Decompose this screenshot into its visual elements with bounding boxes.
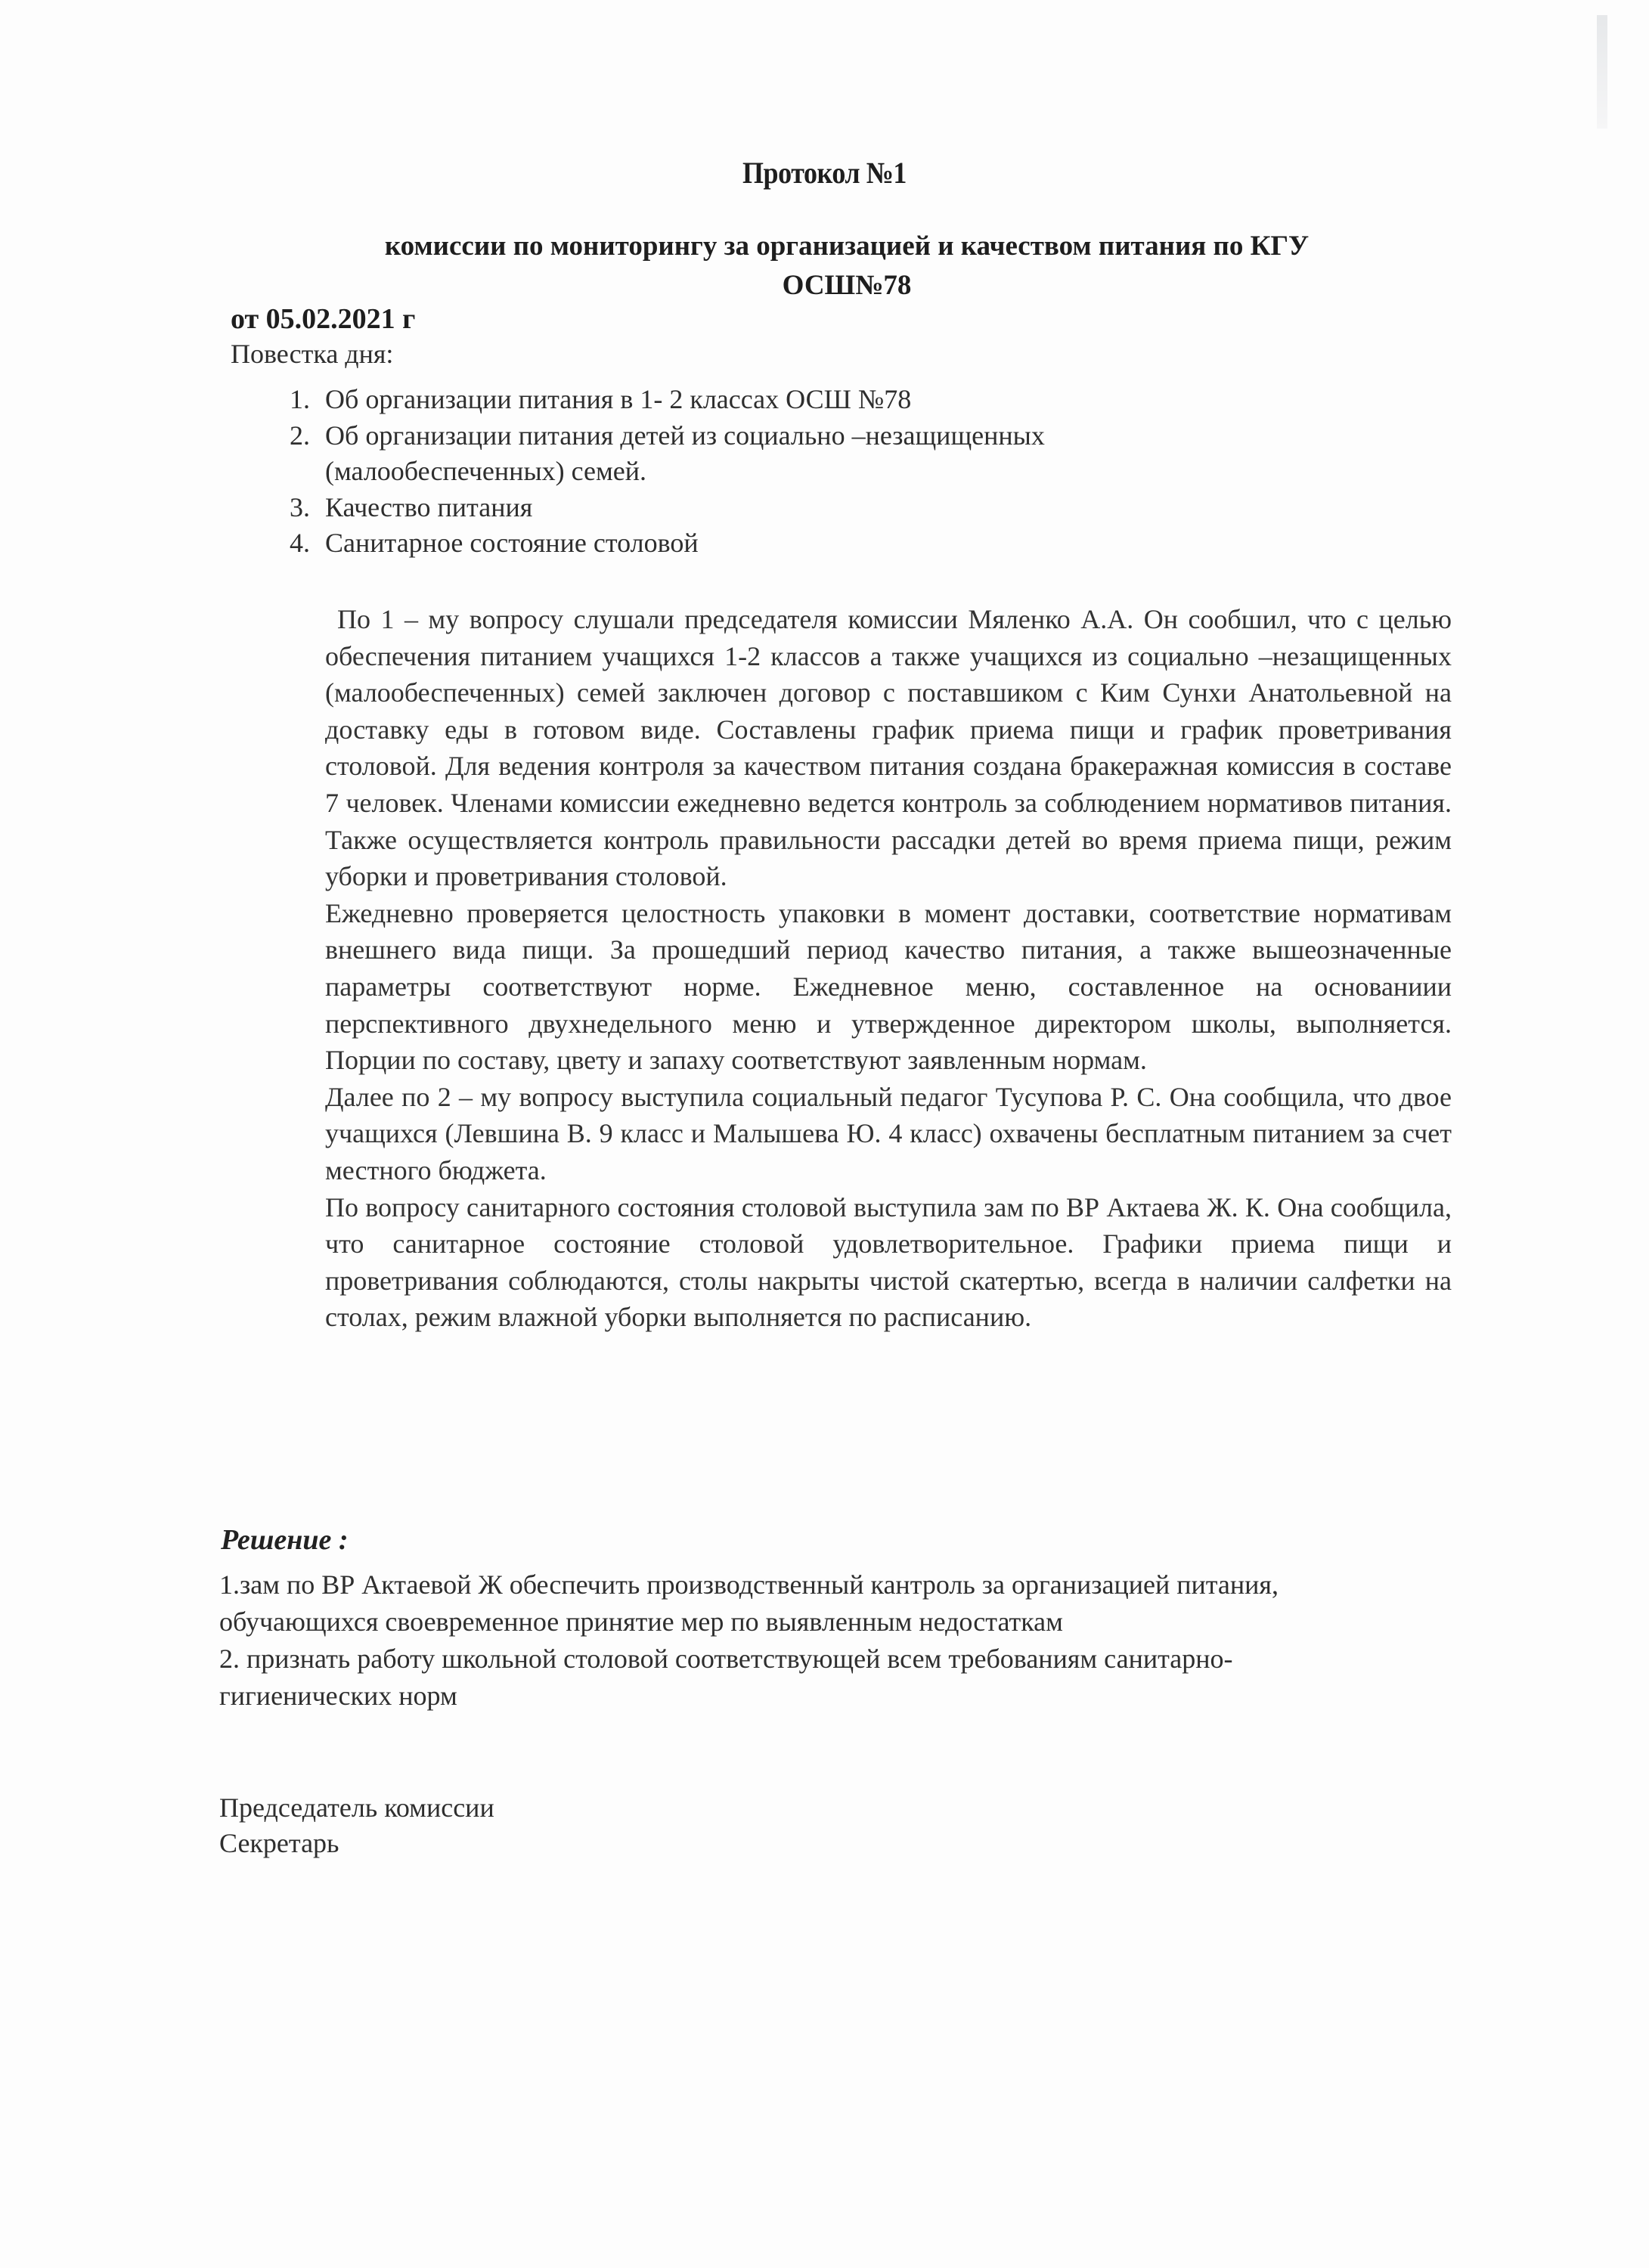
report-paragraph: По вопросу санитарного состояния столово… [325,1189,1452,1336]
decision-heading: Решение : [221,1523,348,1557]
signature-chair: Председатель комиссии [219,1792,494,1823]
agenda-item: 2. Об организации питания детей из социа… [257,418,1316,490]
document-subtitle: комиссии по мониторингу за организацией … [287,227,1406,305]
report-paragraph: По 1 – му вопросу слушали председателя к… [325,601,1452,895]
agenda-heading: Повестка дня: [231,338,393,370]
agenda-item: 1. Об организации питания в 1- 2 классах… [257,382,1316,418]
agenda-list: 1. Об организации питания в 1- 2 классах… [257,382,1316,562]
agenda-item-text: Об организации питания детей из социальн… [325,418,1081,490]
agenda-item-number: 3. [257,490,325,526]
agenda-item-number: 2. [257,418,325,490]
document-page: Протокол №1 комиссии по мониторингу за о… [0,0,1649,2268]
agenda-item: 3. Качество питания [257,490,1316,526]
signature-secretary: Секретарь [219,1827,339,1859]
scan-edge-artifact [1597,15,1607,129]
decision-list: 1.зам по ВР Актаевой Ж обеспечить произв… [219,1566,1429,1715]
decision-item: 1.зам по ВР Актаевой Ж обеспечить произв… [219,1566,1429,1641]
subtitle-line-2: ОСШ№78 [287,266,1406,305]
agenda-item-text: Санитарное состояние столовой [325,525,1270,562]
agenda-item-number: 4. [257,525,325,562]
document-date: от 05.02.2021 г [231,302,415,336]
agenda-item-text: Качество питания [325,490,1270,526]
report-paragraph: Далее по 2 – му вопросу выступила социал… [325,1079,1452,1189]
document-title: Протокол №1 [82,155,1567,191]
decision-item: 2. признать работу школьной столовой соо… [219,1641,1316,1715]
report-body: По 1 – му вопросу слушали председателя к… [325,601,1452,1336]
subtitle-line-1: комиссии по мониторингу за организацией … [287,227,1406,266]
agenda-item-number: 1. [257,382,325,418]
agenda-item: 4. Санитарное состояние столовой [257,525,1316,562]
agenda-item-text: Об организации питания в 1- 2 классах ОС… [325,382,1270,418]
report-paragraph: Ежедневно проверяется целостность упаков… [325,895,1452,1079]
